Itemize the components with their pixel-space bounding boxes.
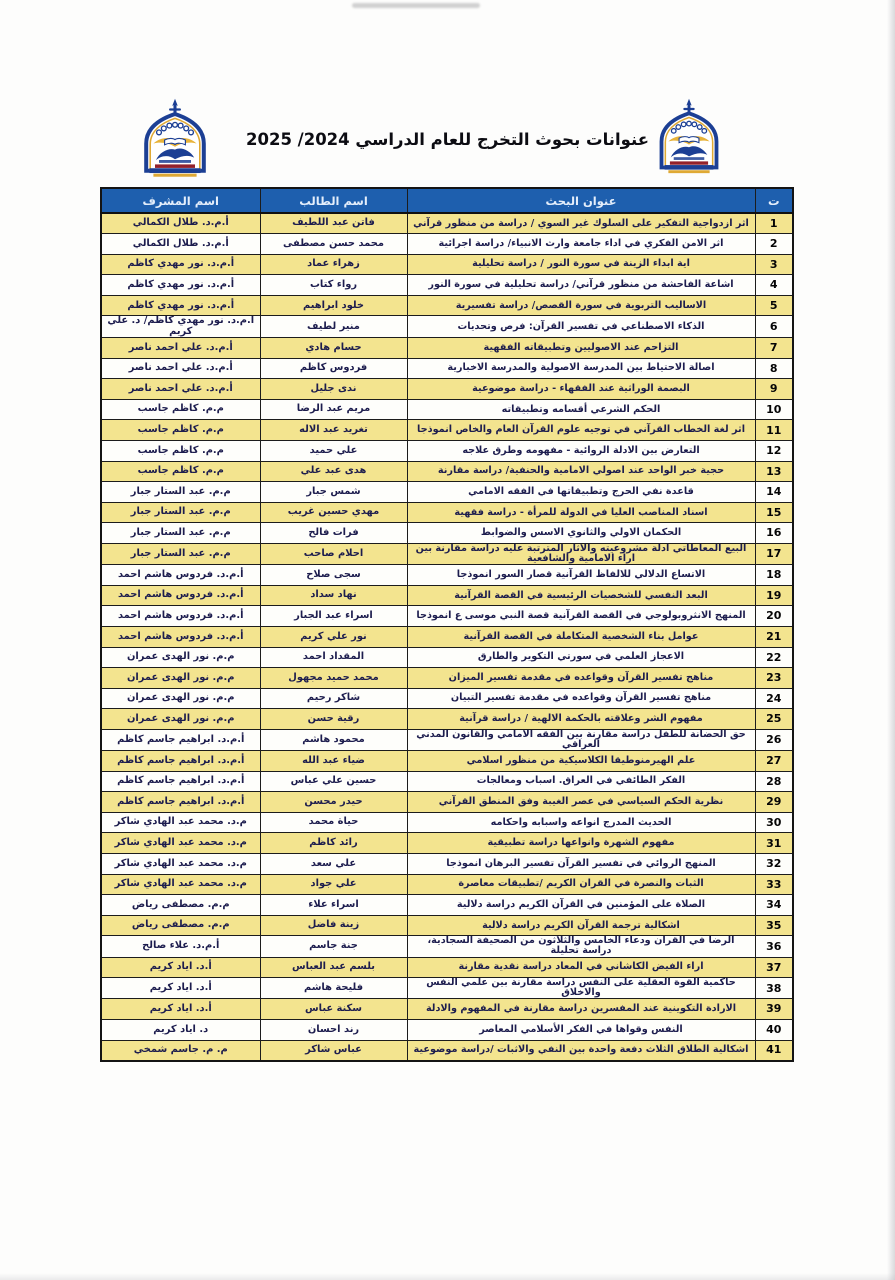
student-name-cell: نور علي كريم xyxy=(260,626,407,647)
university-emblem-icon xyxy=(645,167,733,186)
student-name-cell: فرات فالح xyxy=(260,523,407,544)
row-number-cell: 30 xyxy=(755,812,793,833)
research-title-cell: الاساليب التربوية في سورة القصص/ دراسة ت… xyxy=(407,295,755,316)
table-row: 19البعد النفسي للشخصيات الرئيسية في القص… xyxy=(101,585,793,606)
student-name-cell: تغريد عبد الاله xyxy=(260,420,407,441)
student-name-cell: فليحة هاشم xyxy=(260,978,407,999)
research-title-cell: اشاعة الفاحشة من منظور قرآني/ دراسة تحلي… xyxy=(407,275,755,296)
student-name-cell: زينة فاضل xyxy=(260,915,407,936)
table-row: 20المنهج الانثروبولوجي في القصة القرآنية… xyxy=(101,606,793,627)
table-body: 1اثر ازدواجية التفكير على السلوك غير الس… xyxy=(101,213,793,1061)
table-row: 14قاعدة نفي الحرج وتطبيقاتها في الفقه ال… xyxy=(101,482,793,503)
student-name-cell: حياة محمد xyxy=(260,812,407,833)
student-name-cell: شاكر رحيم xyxy=(260,688,407,709)
row-number-cell: 3 xyxy=(755,254,793,275)
table-row: 35اشكالية ترجمة القرآن الكريم دراسة دلال… xyxy=(101,915,793,936)
student-name-cell: فردوس كاظم xyxy=(260,358,407,379)
row-number-cell: 13 xyxy=(755,461,793,482)
student-name-cell: مهدي حسين غريب xyxy=(260,502,407,523)
supervisor-name-cell: م.م. عبد الستار جبار xyxy=(101,544,260,565)
research-title-cell: عوامل بناء الشخصية المتكاملة في القصة ال… xyxy=(407,626,755,647)
research-title-cell: حجية خبر الواحد عند اصولي الامامية والحن… xyxy=(407,461,755,482)
table-row: 38حاكمية القوة العقلية على النفس دراسة م… xyxy=(101,978,793,999)
row-number-cell: 31 xyxy=(755,833,793,854)
research-title-cell: الحكم الشرعي أقسامه وتطبيقاته xyxy=(407,399,755,420)
research-title-cell: الفكر الطائفي في العراق. اسباب ومعالجات xyxy=(407,771,755,792)
research-title-cell: الاتساع الدلالي للالفاظ القرآنية قصار ال… xyxy=(407,565,755,586)
research-title-cell: الذكاء الاصطناعي في تفسير القرآن: فرص وت… xyxy=(407,316,755,338)
table-row: 4اشاعة الفاحشة من منظور قرآني/ دراسة تحل… xyxy=(101,275,793,296)
table-row: 32المنهج الروائي في تفسير القرآن تفسير ا… xyxy=(101,854,793,875)
supervisor-name-cell: م.م. نور الهدى عمران xyxy=(101,709,260,730)
table-row: 27علم الهيرمنوطيقا الكلاسيكية من منظور ا… xyxy=(101,751,793,772)
supervisor-name-cell: م.م. نور الهدى عمران xyxy=(101,688,260,709)
student-name-cell: منير لطيف xyxy=(260,316,407,338)
student-name-cell: اسراء علاء xyxy=(260,895,407,916)
table-row: 23مناهج تفسير القرآن وقواعده في مقدمة تف… xyxy=(101,668,793,689)
supervisor-name-cell: م.م. عبد الستار جبار xyxy=(101,482,260,503)
research-title-cell: الحديث المدرج انواعه واسبابه واحكامه xyxy=(407,812,755,833)
table-row: 8اصالة الاحتياط بين المدرسة الاصولية وال… xyxy=(101,358,793,379)
student-name-cell: شمس جبار xyxy=(260,482,407,503)
research-title-cell: نظرية الحكم السياسي في عصر الغيبة وفق ال… xyxy=(407,792,755,813)
student-name-cell: رواء كتاب xyxy=(260,275,407,296)
row-number-cell: 36 xyxy=(755,936,793,957)
table-row: 34الصلاة على المؤمنين في القرآن الكريم د… xyxy=(101,895,793,916)
table-row: 33الثبات والنصرة في القران الكريم /تطبيق… xyxy=(101,874,793,895)
research-title-cell: مفهوم الشهرة وانواعها دراسة تطبيقية xyxy=(407,833,755,854)
supervisor-name-cell: م. م. جاسم شمخي xyxy=(101,1040,260,1061)
student-name-cell: ندى جليل xyxy=(260,379,407,400)
supervisor-name-cell: أ.م.د. نور مهدي كاظم xyxy=(101,275,260,296)
supervisor-name-cell: أ.م.د. نور مهدي كاظم xyxy=(101,254,260,275)
research-title-cell: اصالة الاحتياط بين المدرسة الاصولية والم… xyxy=(407,358,755,379)
university-logo-right xyxy=(645,98,733,186)
supervisor-name-cell: أ.م.د. علي احمد ناصر xyxy=(101,338,260,359)
research-title-cell: علم الهيرمنوطيقا الكلاسيكية من منظور اسل… xyxy=(407,751,755,772)
table-row: 17البيع المعاطاتي ادلة مشروعيته والاثار … xyxy=(101,544,793,565)
student-name-cell: حسام هادي xyxy=(260,338,407,359)
row-number-cell: 11 xyxy=(755,420,793,441)
research-title-cell: حق الحضانة للطفل دراسة مقارنة بين الفقه … xyxy=(407,729,755,750)
supervisor-name-cell: أ.م.د. ابراهيم جاسم كاظم xyxy=(101,751,260,772)
research-title-cell: مفهوم الشر وعلاقته بالحكمة الالهية / درا… xyxy=(407,709,755,730)
student-name-cell: علي سعد xyxy=(260,854,407,875)
student-name-cell: زهراء عماد xyxy=(260,254,407,275)
student-name-cell: ضياء عبد الله xyxy=(260,751,407,772)
row-number-cell: 41 xyxy=(755,1040,793,1061)
research-title-cell: مناهج تفسير القرآن وقواعده في مقدمة تفسي… xyxy=(407,688,755,709)
table-row: 25مفهوم الشر وعلاقته بالحكمة الالهية / د… xyxy=(101,709,793,730)
supervisor-name-cell: م.م. كاظم جاسب xyxy=(101,441,260,462)
research-title-cell: الاعجاز العلمي في سورتي التكوير والطارق xyxy=(407,647,755,668)
supervisor-name-cell: أ.د. اياد كريم xyxy=(101,978,260,999)
supervisor-name-cell: د. اياد كريم xyxy=(101,1019,260,1040)
research-title-cell: المنهج الانثروبولوجي في القصة القرآنية ق… xyxy=(407,606,755,627)
research-title-cell: التعارض بين الادلة الروائية - مفهومه وطر… xyxy=(407,441,755,462)
research-title-cell: الحكمان الاولي والثانوي الاسس والضوابط xyxy=(407,523,755,544)
supervisor-name-cell: م.د. محمد عبد الهادي شاكر xyxy=(101,833,260,854)
row-number-cell: 21 xyxy=(755,626,793,647)
supervisor-name-cell: م.م. كاظم جاسب xyxy=(101,399,260,420)
table-row: 18الاتساع الدلالي للالفاظ القرآنية قصار … xyxy=(101,565,793,586)
research-title-cell: مناهج تفسير القرآن وقواعده في مقدمة تفسي… xyxy=(407,668,755,689)
student-name-cell: محمود هاشم xyxy=(260,729,407,750)
supervisor-name-cell: أ.م.د. فردوس هاشم احمد xyxy=(101,565,260,586)
row-number-cell: 35 xyxy=(755,915,793,936)
table-row: 22الاعجاز العلمي في سورتي التكوير والطار… xyxy=(101,647,793,668)
student-name-cell: سجى صلاح xyxy=(260,565,407,586)
research-title-cell: الارادة التكوينية عند المفسرين دراسة مقا… xyxy=(407,999,755,1020)
student-name-cell: المقداد احمد xyxy=(260,647,407,668)
row-number-cell: 4 xyxy=(755,275,793,296)
student-name-cell: هدى عبد علي xyxy=(260,461,407,482)
row-number-cell: 33 xyxy=(755,874,793,895)
row-number-cell: 27 xyxy=(755,751,793,772)
research-title-cell: اسناد المناصب العليا في الدولة للمرأة - … xyxy=(407,502,755,523)
row-number-cell: 9 xyxy=(755,379,793,400)
research-title-cell: اثر لغة الخطاب القرآني في توجيه علوم الق… xyxy=(407,420,755,441)
column-header-supervisor-name: اسم المشرف xyxy=(101,188,260,213)
table-row: 13حجية خبر الواحد عند اصولي الامامية وال… xyxy=(101,461,793,482)
supervisor-name-cell: أ.م.د. فردوس هاشم احمد xyxy=(101,626,260,647)
student-name-cell: جنة جاسم xyxy=(260,936,407,957)
student-name-cell: اسراء عبد الجبار xyxy=(260,606,407,627)
research-title-cell: البيع المعاطاتي ادلة مشروعيته والاثار ال… xyxy=(407,544,755,565)
supervisor-name-cell: أ.م.د. علاء صالح xyxy=(101,936,260,957)
table-row: 29نظرية الحكم السياسي في عصر الغيبة وفق … xyxy=(101,792,793,813)
research-title-cell: المنهج الروائي في تفسير القرآن تفسير الب… xyxy=(407,854,755,875)
table-row: 10الحكم الشرعي أقسامه وتطبيقاتهمريم عبد … xyxy=(101,399,793,420)
supervisor-name-cell: أ.م.د. ابراهيم جاسم كاظم xyxy=(101,771,260,792)
row-number-cell: 23 xyxy=(755,668,793,689)
supervisor-name-cell: أ.م.د. ابراهيم جاسم كاظم xyxy=(101,729,260,750)
table-row: 16الحكمان الاولي والثانوي الاسس والضوابط… xyxy=(101,523,793,544)
student-name-cell: بلسم عبد العباس xyxy=(260,957,407,978)
research-title-cell: اشكالية الطلاق الثلاث دفعة واحدة بين الن… xyxy=(407,1040,755,1061)
table-row: 39الارادة التكوينية عند المفسرين دراسة م… xyxy=(101,999,793,1020)
supervisor-name-cell: أ.م.د. علي احمد ناصر xyxy=(101,358,260,379)
research-title-cell: حاكمية القوة العقلية على النفس دراسة مقا… xyxy=(407,978,755,999)
supervisor-name-cell: م.د. محمد عبد الهادي شاكر xyxy=(101,812,260,833)
research-title-cell: البصمة الوراثية عند الفقهاء - دراسة موضو… xyxy=(407,379,755,400)
row-number-cell: 22 xyxy=(755,647,793,668)
supervisor-name-cell: م.م. كاظم جاسب xyxy=(101,420,260,441)
row-number-cell: 5 xyxy=(755,295,793,316)
supervisor-name-cell: م.م. نور الهدى عمران xyxy=(101,647,260,668)
research-title-cell: اية ابداء الزينة في سورة النور / دراسة ت… xyxy=(407,254,755,275)
row-number-cell: 7 xyxy=(755,338,793,359)
student-name-cell: فاتن عبد اللطيف xyxy=(260,213,407,234)
student-name-cell: علي حميد xyxy=(260,441,407,462)
row-number-cell: 24 xyxy=(755,688,793,709)
student-name-cell: نهاد سداد xyxy=(260,585,407,606)
row-number-cell: 18 xyxy=(755,565,793,586)
table-row: 6الذكاء الاصطناعي في تفسير القرآن: فرص و… xyxy=(101,316,793,338)
research-title-cell: البعد النفسي للشخصيات الرئيسية في القصة … xyxy=(407,585,755,606)
student-name-cell: حسين علي عباس xyxy=(260,771,407,792)
scanned-document-page: عنوانات بحوث التخرج للعام الدراسي 2024‏/… xyxy=(0,0,895,1280)
research-title-cell: اثر الامن الفكري في اداء جامعة وارث الان… xyxy=(407,234,755,255)
supervisor-name-cell: أ.م.د. نور مهدي كاظم xyxy=(101,295,260,316)
row-number-cell: 34 xyxy=(755,895,793,916)
table-row: 40النفس وقواها في الفكر الأسلامي المعاصر… xyxy=(101,1019,793,1040)
supervisor-name-cell: أ.م.د. ابراهيم جاسم كاظم xyxy=(101,792,260,813)
research-title-cell: قاعدة نفي الحرج وتطبيقاتها في الفقه الام… xyxy=(407,482,755,503)
column-header-student-name: اسم الطالب xyxy=(260,188,407,213)
table-row: 5الاساليب التربوية في سورة القصص/ دراسة … xyxy=(101,295,793,316)
row-number-cell: 6 xyxy=(755,316,793,338)
row-number-cell: 40 xyxy=(755,1019,793,1040)
table-row: 28الفكر الطائفي في العراق. اسباب ومعالجا… xyxy=(101,771,793,792)
table-row: 41اشكالية الطلاق الثلاث دفعة واحدة بين ا… xyxy=(101,1040,793,1061)
row-number-cell: 25 xyxy=(755,709,793,730)
student-name-cell: محمد حميد مجهول xyxy=(260,668,407,689)
student-name-cell: محمد حسن مصطفى xyxy=(260,234,407,255)
supervisor-name-cell: أ.م.د. فردوس هاشم احمد xyxy=(101,606,260,627)
table-row: 7التزاحم عند الاصوليين وتطبيقاته الفقهية… xyxy=(101,338,793,359)
supervisor-name-cell: أ.م.د. نور مهدي كاظم/ د. علي كريم xyxy=(101,316,260,338)
row-number-cell: 17 xyxy=(755,544,793,565)
supervisor-name-cell: أ.د. اياد كريم xyxy=(101,999,260,1020)
research-title-cell: التزاحم عند الاصوليين وتطبيقاته الفقهية xyxy=(407,338,755,359)
table-header-row: ت عنوان البحث اسم الطالب اسم المشرف xyxy=(101,188,793,213)
supervisor-name-cell: أ.م.د. علي احمد ناصر xyxy=(101,379,260,400)
row-number-cell: 32 xyxy=(755,854,793,875)
research-title-cell: اثر ازدواجية التفكير على السلوك غير السو… xyxy=(407,213,755,234)
supervisor-name-cell: أ.م.د. طلال الكمالي xyxy=(101,213,260,234)
page-title: عنوانات بحوث التخرج للعام الدراسي 2024‏/… xyxy=(0,130,895,149)
table-row: 9البصمة الوراثية عند الفقهاء - دراسة موض… xyxy=(101,379,793,400)
column-header-research-title: عنوان البحث xyxy=(407,188,755,213)
table-row: 12التعارض بين الادلة الروائية - مفهومه و… xyxy=(101,441,793,462)
row-number-cell: 38 xyxy=(755,978,793,999)
supervisor-name-cell: م.د. محمد عبد الهادي شاكر xyxy=(101,874,260,895)
research-title-cell: الصلاة على المؤمنين في القرآن الكريم درا… xyxy=(407,895,755,916)
table-row: 37اراء الفيض الكاشاني في المعاد دراسة نق… xyxy=(101,957,793,978)
research-title-cell: اراء الفيض الكاشاني في المعاد دراسة نقدي… xyxy=(407,957,755,978)
table-row: 3اية ابداء الزينة في سورة النور / دراسة … xyxy=(101,254,793,275)
student-name-cell: مريم عبد الرضا xyxy=(260,399,407,420)
student-name-cell: حيدر محسن xyxy=(260,792,407,813)
supervisor-name-cell: م.م. عبد الستار جبار xyxy=(101,523,260,544)
row-number-cell: 1 xyxy=(755,213,793,234)
table-row: 31مفهوم الشهرة وانواعها دراسة تطبيقيةرائ… xyxy=(101,833,793,854)
row-number-cell: 12 xyxy=(755,441,793,462)
scan-edge-right xyxy=(887,0,895,1280)
row-number-cell: 28 xyxy=(755,771,793,792)
student-name-cell: احلام صاحب xyxy=(260,544,407,565)
row-number-cell: 14 xyxy=(755,482,793,503)
supervisor-name-cell: م.م. مصطفى رياض xyxy=(101,895,260,916)
table-row: 1اثر ازدواجية التفكير على السلوك غير الس… xyxy=(101,213,793,234)
table-row: 11اثر لغة الخطاب القرآني في توجيه علوم ا… xyxy=(101,420,793,441)
research-title-cell: الرضا في القرآن ودعاء الخامس والثلاثون م… xyxy=(407,936,755,957)
supervisor-name-cell: م.م. مصطفى رياض xyxy=(101,915,260,936)
table-row: 36الرضا في القرآن ودعاء الخامس والثلاثون… xyxy=(101,936,793,957)
row-number-cell: 29 xyxy=(755,792,793,813)
student-name-cell: رقية حسن xyxy=(260,709,407,730)
supervisor-name-cell: أ.م.د. طلال الكمالي xyxy=(101,234,260,255)
student-name-cell: رائد كاظم xyxy=(260,833,407,854)
table-row: 2اثر الامن الفكري في اداء جامعة وارث الا… xyxy=(101,234,793,255)
table-row: 15اسناد المناصب العليا في الدولة للمرأة … xyxy=(101,502,793,523)
scan-edge-bottom xyxy=(0,1273,895,1280)
table-row: 30الحديث المدرج انواعه واسبابه واحكامهحي… xyxy=(101,812,793,833)
column-header-no: ت xyxy=(755,188,793,213)
row-number-cell: 39 xyxy=(755,999,793,1020)
student-name-cell: خلود ابراهيم xyxy=(260,295,407,316)
row-number-cell: 10 xyxy=(755,399,793,420)
row-number-cell: 20 xyxy=(755,606,793,627)
document-header: عنوانات بحوث التخرج للعام الدراسي 2024‏/… xyxy=(0,96,895,188)
supervisor-name-cell: م.م. نور الهدى عمران xyxy=(101,668,260,689)
scan-artifact-smudge xyxy=(352,3,480,8)
research-title-cell: الثبات والنصرة في القران الكريم /تطبيقات… xyxy=(407,874,755,895)
student-name-cell: علي جواد xyxy=(260,874,407,895)
row-number-cell: 16 xyxy=(755,523,793,544)
supervisor-name-cell: م.م. كاظم جاسب xyxy=(101,461,260,482)
research-titles-table: ت عنوان البحث اسم الطالب اسم المشرف 1اثر… xyxy=(100,187,794,1062)
row-number-cell: 15 xyxy=(755,502,793,523)
supervisor-name-cell: م.م. عبد الستار جبار xyxy=(101,502,260,523)
row-number-cell: 26 xyxy=(755,729,793,750)
row-number-cell: 19 xyxy=(755,585,793,606)
student-name-cell: رند احسان xyxy=(260,1019,407,1040)
student-name-cell: عباس شاكر xyxy=(260,1040,407,1061)
student-name-cell: سكنة عباس xyxy=(260,999,407,1020)
table-row: 24مناهج تفسير القرآن وقواعده في مقدمة تف… xyxy=(101,688,793,709)
table-row: 21عوامل بناء الشخصية المتكاملة في القصة … xyxy=(101,626,793,647)
row-number-cell: 8 xyxy=(755,358,793,379)
research-title-cell: اشكالية ترجمة القرآن الكريم دراسة دلالية xyxy=(407,915,755,936)
table-row: 26حق الحضانة للطفل دراسة مقارنة بين الفق… xyxy=(101,729,793,750)
row-number-cell: 2 xyxy=(755,234,793,255)
supervisor-name-cell: أ.م.د. فردوس هاشم احمد xyxy=(101,585,260,606)
row-number-cell: 37 xyxy=(755,957,793,978)
supervisor-name-cell: أ.د. اياد كريم xyxy=(101,957,260,978)
supervisor-name-cell: م.د. محمد عبد الهادي شاكر xyxy=(101,854,260,875)
research-title-cell: النفس وقواها في الفكر الأسلامي المعاصر xyxy=(407,1019,755,1040)
